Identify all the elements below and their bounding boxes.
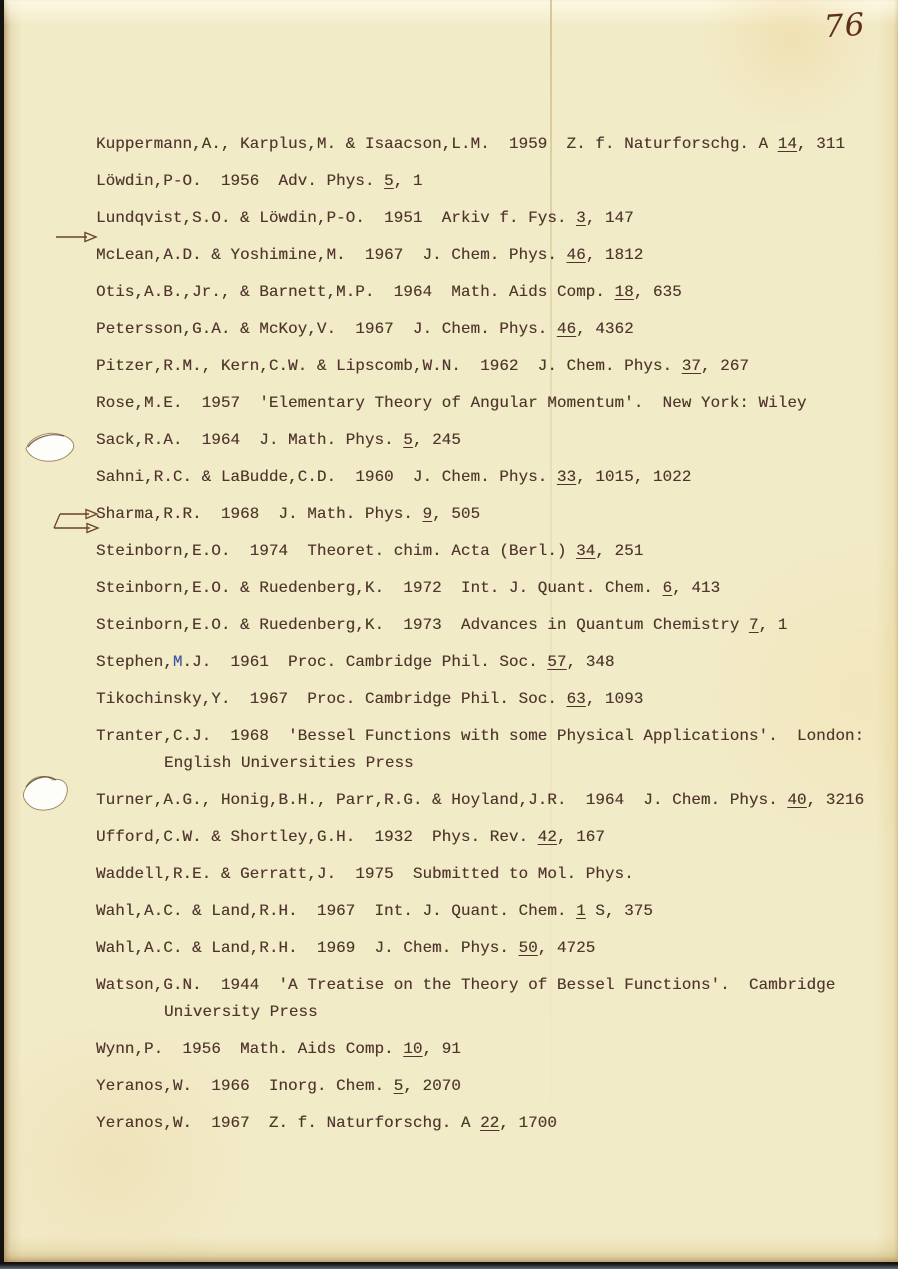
- reference-text: Sack,R.A. 1964 J. Math. Phys.: [96, 431, 403, 449]
- volume-number: 22: [480, 1114, 499, 1132]
- reference-entry: Petersson,G.A. & McKoy,V. 1967 J. Chem. …: [96, 316, 886, 343]
- reference-entry: Watson,G.N. 1944 'A Treatise on the Theo…: [96, 972, 886, 999]
- double-right-arrow-icon: [52, 506, 104, 547]
- volume-number: 34: [576, 542, 595, 560]
- volume-number: 9: [422, 505, 432, 523]
- reference-text: Sahni,R.C. & LaBudde,C.D. 1960 J. Chem. …: [96, 468, 557, 486]
- reference-text: Rose,M.E. 1957 'Elementary Theory of Ang…: [96, 394, 807, 412]
- reference-text: Wynn,P. 1956 Math. Aids Comp.: [96, 1040, 403, 1058]
- reference-text: , 505: [432, 505, 480, 523]
- volume-number: 1: [576, 902, 586, 920]
- volume-number: 46: [566, 246, 585, 264]
- reference-entry: Stephen,M.J. 1961 Proc. Cambridge Phil. …: [96, 649, 886, 676]
- volume-number: 33: [557, 468, 576, 486]
- volume-number: 10: [403, 1040, 422, 1058]
- volume-number: 40: [787, 791, 806, 809]
- reference-text: Otis,A.B.,Jr., & Barnett,M.P. 1964 Math.…: [96, 283, 614, 301]
- volume-number: 42: [538, 828, 557, 846]
- reference-entry: McLean,A.D. & Yoshimine,M. 1967 J. Chem.…: [96, 242, 886, 269]
- reference-text: , 1: [394, 172, 423, 190]
- volume-number: 18: [614, 283, 633, 301]
- volume-number: 50: [518, 939, 537, 957]
- document-page: 76 Kuppermann,A., Karplus,M. & Isaacson,…: [4, 0, 898, 1262]
- volume-number: 46: [557, 320, 576, 338]
- volume-number: 57: [547, 653, 566, 671]
- reference-text: Stephen,: [96, 653, 173, 671]
- reference-text: , 251: [595, 542, 643, 560]
- reference-text: , 348: [566, 653, 614, 671]
- reference-entry: Wynn,P. 1956 Math. Aids Comp. 10, 91: [96, 1036, 886, 1063]
- volume-number: 3: [576, 209, 586, 227]
- right-arrow-icon: [54, 228, 100, 251]
- reference-text: , 1700: [499, 1114, 557, 1132]
- reference-text: Tranter,C.J. 1968 'Bessel Functions with…: [96, 727, 864, 745]
- reference-entry: Rose,M.E. 1957 'Elementary Theory of Ang…: [96, 390, 886, 417]
- reference-entry: Turner,A.G., Honig,B.H., Parr,R.G. & Hoy…: [96, 787, 886, 814]
- reference-entry: Wahl,A.C. & Land,R.H. 1967 Int. J. Quant…: [96, 898, 886, 925]
- reference-text: , 413: [672, 579, 720, 597]
- reference-text: , 1: [759, 616, 788, 634]
- reference-entry: Yeranos,W. 1967 Z. f. Naturforschg. A 22…: [96, 1110, 886, 1137]
- volume-number: 5: [403, 431, 413, 449]
- reference-text: Pitzer,R.M., Kern,C.W. & Lipscomb,W.N. 1…: [96, 357, 682, 375]
- reference-entry: Pitzer,R.M., Kern,C.W. & Lipscomb,W.N. 1…: [96, 353, 886, 380]
- reference-entry: Tranter,C.J. 1968 'Bessel Functions with…: [96, 723, 886, 750]
- reference-text: , 3216: [807, 791, 865, 809]
- reference-continuation: English Universities Press: [96, 750, 886, 777]
- reference-text: .J. 1961 Proc. Cambridge Phil. Soc.: [182, 653, 547, 671]
- reference-entry: Ufford,C.W. & Shortley,G.H. 1932 Phys. R…: [96, 824, 886, 851]
- handwritten-page-number: 76: [823, 7, 867, 46]
- reference-text: , 311: [797, 135, 845, 153]
- reference-entry: Steinborn,E.O. & Ruedenberg,K. 1972 Int.…: [96, 575, 886, 602]
- volume-number: 5: [384, 172, 394, 190]
- reference-text: Yeranos,W. 1966 Inorg. Chem.: [96, 1077, 394, 1095]
- reference-text: Watson,G.N. 1944 'A Treatise on the Theo…: [96, 976, 835, 994]
- reference-text: Waddell,R.E. & Gerratt,J. 1975 Submitted…: [96, 865, 634, 883]
- reference-text: Steinborn,E.O. 1974 Theoret. chim. Acta …: [96, 542, 576, 560]
- reference-text: Steinborn,E.O. & Ruedenberg,K. 1972 Int.…: [96, 579, 663, 597]
- reference-entry: Wahl,A.C. & Land,R.H. 1969 J. Chem. Phys…: [96, 935, 886, 962]
- reference-text: , 635: [634, 283, 682, 301]
- reference-text: Wahl,A.C. & Land,R.H. 1969 J. Chem. Phys…: [96, 939, 518, 957]
- reference-entry: Sack,R.A. 1964 J. Math. Phys. 5, 245: [96, 427, 886, 454]
- reference-entry: Yeranos,W. 1966 Inorg. Chem. 5, 2070: [96, 1073, 886, 1100]
- reference-text: , 2070: [403, 1077, 461, 1095]
- reference-text: , 4725: [538, 939, 596, 957]
- reference-text: , 245: [413, 431, 461, 449]
- reference-text: , 1093: [586, 690, 644, 708]
- reference-text: , 267: [701, 357, 749, 375]
- reference-text: Wahl,A.C. & Land,R.H. 1967 Int. J. Quant…: [96, 902, 576, 920]
- reference-text: S, 375: [586, 902, 653, 920]
- reference-text: , 167: [557, 828, 605, 846]
- reference-entry: Steinborn,E.O. 1974 Theoret. chim. Acta …: [96, 538, 886, 565]
- reference-text: McLean,A.D. & Yoshimine,M. 1967 J. Chem.…: [96, 246, 566, 264]
- reference-entry: Lundqvist,S.O. & Löwdin,P-O. 1951 Arkiv …: [96, 205, 886, 232]
- reference-entry: Löwdin,P-O. 1956 Adv. Phys. 5, 1: [96, 168, 886, 195]
- volume-number: 14: [778, 135, 797, 153]
- reference-continuation: University Press: [96, 999, 886, 1026]
- torn-punch-hole-lower: [18, 768, 78, 825]
- reference-text: Yeranos,W. 1967 Z. f. Naturforschg. A: [96, 1114, 480, 1132]
- reference-text: , 147: [586, 209, 634, 227]
- reference-text: , 91: [422, 1040, 460, 1058]
- reference-entry: Otis,A.B.,Jr., & Barnett,M.P. 1964 Math.…: [96, 279, 886, 306]
- volume-number: 7: [749, 616, 759, 634]
- reference-text: Lundqvist,S.O. & Löwdin,P-O. 1951 Arkiv …: [96, 209, 576, 227]
- reference-text: M: [173, 653, 183, 671]
- reference-text: Tikochinsky,Y. 1967 Proc. Cambridge Phil…: [96, 690, 566, 708]
- volume-number: 6: [663, 579, 673, 597]
- reference-text: , 1015, 1022: [576, 468, 691, 486]
- reference-text: , 4362: [576, 320, 634, 338]
- reference-text: Petersson,G.A. & McKoy,V. 1967 J. Chem. …: [96, 320, 557, 338]
- reference-entry: Sharma,R.R. 1968 J. Math. Phys. 9, 505: [96, 501, 886, 528]
- reference-list: Kuppermann,A., Karplus,M. & Isaacson,L.M…: [96, 131, 886, 1137]
- volume-number: 5: [394, 1077, 404, 1095]
- reference-text: Kuppermann,A., Karplus,M. & Isaacson,L.M…: [96, 135, 778, 153]
- reference-entry: Steinborn,E.O. & Ruedenberg,K. 1973 Adva…: [96, 612, 886, 639]
- reference-text: Löwdin,P-O. 1956 Adv. Phys.: [96, 172, 384, 190]
- reference-text: Turner,A.G., Honig,B.H., Parr,R.G. & Hoy…: [96, 791, 787, 809]
- volume-number: 37: [682, 357, 701, 375]
- volume-number: 63: [566, 690, 585, 708]
- reference-text: Ufford,C.W. & Shortley,G.H. 1932 Phys. R…: [96, 828, 538, 846]
- reference-text: Sharma,R.R. 1968 J. Math. Phys.: [96, 505, 422, 523]
- reference-entry: Sahni,R.C. & LaBudde,C.D. 1960 J. Chem. …: [96, 464, 886, 491]
- reference-text: , 1812: [586, 246, 644, 264]
- reference-entry: Kuppermann,A., Karplus,M. & Isaacson,L.M…: [96, 131, 886, 158]
- reference-entry: Tikochinsky,Y. 1967 Proc. Cambridge Phil…: [96, 686, 886, 713]
- reference-entry: Waddell,R.E. & Gerratt,J. 1975 Submitted…: [96, 861, 886, 888]
- torn-punch-hole-upper: [18, 425, 84, 476]
- reference-text: Steinborn,E.O. & Ruedenberg,K. 1973 Adva…: [96, 616, 749, 634]
